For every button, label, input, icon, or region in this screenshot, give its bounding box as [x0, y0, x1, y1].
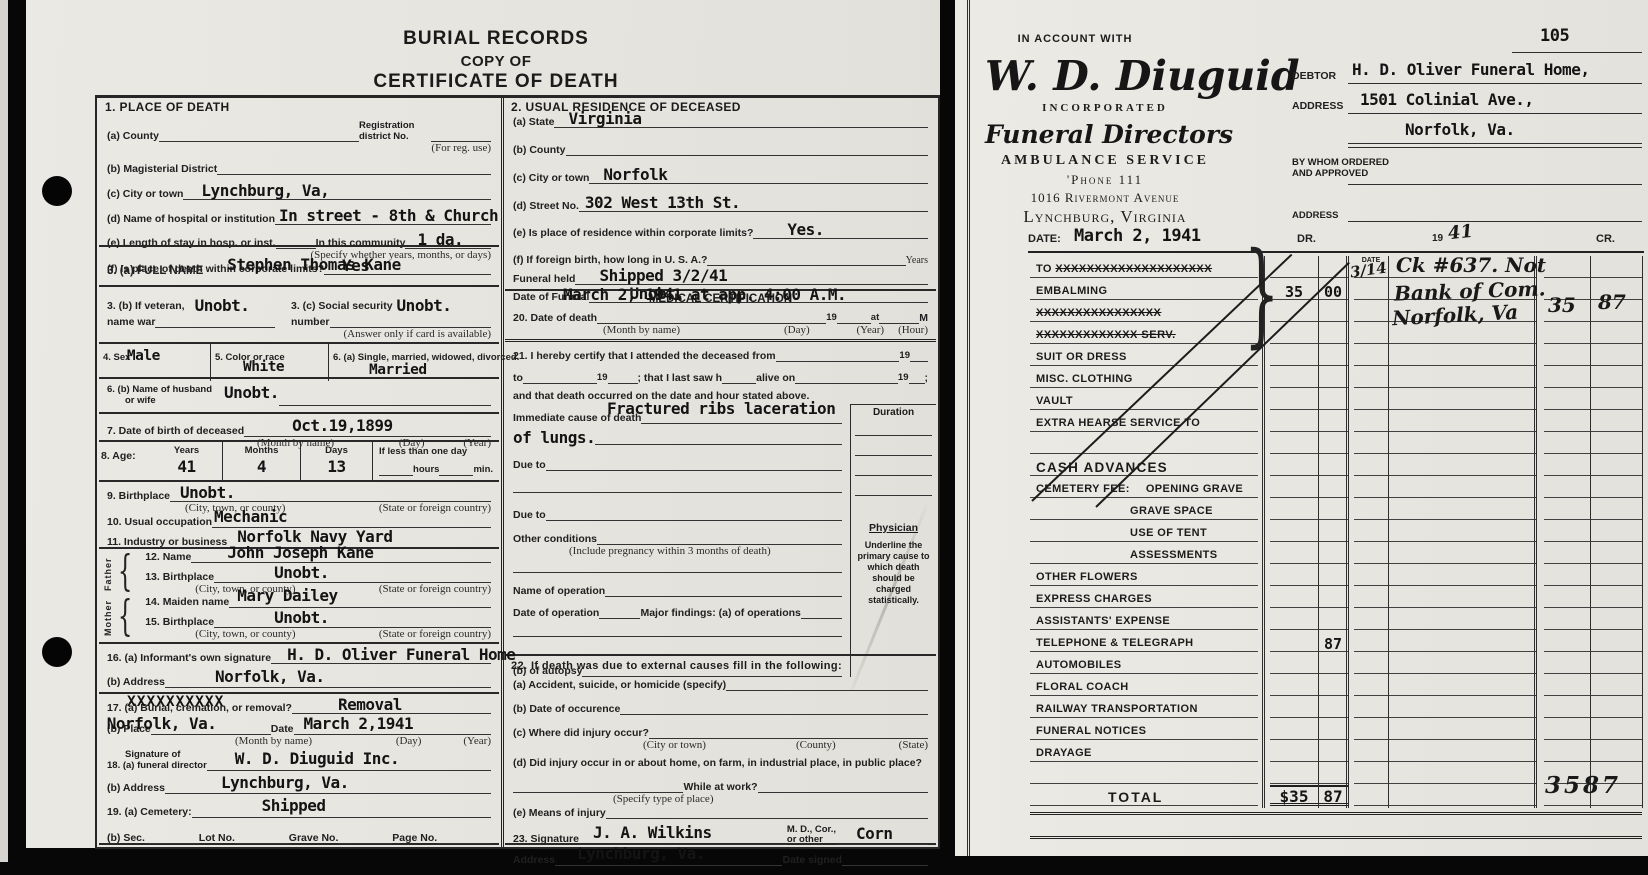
blank-line	[707, 262, 905, 266]
item-label: AUTOMOBILES	[1030, 658, 1258, 674]
rule	[1348, 83, 1642, 84]
field-label: 3. (b) If veteran,	[107, 300, 185, 312]
typed-value: March 2,1941	[304, 714, 414, 733]
typed-value: 13	[301, 457, 372, 476]
field-label: 19	[898, 372, 909, 384]
field-label: number	[291, 316, 330, 328]
typed-value: Yes.	[787, 220, 824, 239]
ledger-row: OTHER FLOWERS	[1030, 564, 1642, 586]
typed-value: Corn	[856, 824, 893, 843]
field-label: Due to	[513, 509, 546, 521]
field-label: 7. Date of birth of deceased	[107, 425, 244, 437]
field-label: 6. (b) Name of husband	[107, 384, 212, 395]
field-note: (County)	[796, 739, 836, 751]
blank-line	[155, 324, 275, 328]
typed-value: Unobt.	[195, 296, 250, 315]
grid-rule	[1388, 256, 1389, 808]
field-label: 18. (a) funeral director	[107, 760, 207, 771]
field-label: Funeral held	[513, 273, 575, 285]
blank-line	[855, 472, 932, 476]
field-label: Days	[301, 445, 372, 457]
ledger-row: AUTOMOBILES	[1030, 652, 1642, 674]
field-label: 9. Birthplace	[107, 490, 170, 502]
blank-line	[758, 789, 928, 793]
grid-rule	[1346, 256, 1349, 808]
blank-line	[546, 467, 842, 471]
company-name: W. D. Diuguid	[985, 52, 1225, 100]
field-label: Name of operation	[513, 585, 605, 597]
field-label: (b) Date of occurence	[513, 703, 620, 715]
field-label: 10. Usual occupation	[107, 516, 212, 528]
field-label: 19	[826, 312, 837, 324]
certificate-paper: BURIAL RECORDS COPY OF CERTIFICATE OF DE…	[26, 0, 940, 848]
blank-line	[523, 380, 597, 384]
field-label: alive on	[756, 372, 795, 384]
typed-value: Norfolk, Va.	[215, 667, 325, 686]
blank-line	[855, 452, 932, 456]
funeral-directors-label: Funeral Directors	[985, 120, 1225, 149]
item-label: FUNERAL NOTICES	[1030, 724, 1258, 740]
field-note: (Day)	[396, 735, 422, 747]
field-note: (For reg. use)	[431, 142, 491, 154]
blank-line	[795, 380, 898, 384]
blank-line	[608, 380, 638, 384]
field-note: Underline the primary cause to which dea…	[855, 540, 932, 606]
field-label: Due to	[513, 459, 546, 471]
rule	[505, 339, 936, 342]
field-label: (b) Sec.	[107, 832, 145, 844]
typed-value: Fractured ribs laceration	[607, 399, 835, 418]
ledger-table: TO XXXXXXXXXXXXXXXXXXXX EMBALMING 35 00 …	[1030, 256, 1642, 806]
cr-cents-handwritten: 87	[1598, 290, 1626, 314]
field-label: (a) State	[513, 116, 554, 128]
typed-value: Lynchburg, Va,	[201, 181, 329, 200]
field-label: at	[871, 312, 879, 324]
section-spouse: 6. (b) Name of husband or wife Unobt.	[99, 377, 499, 412]
field-label: 12. Name	[145, 551, 191, 563]
field-label: to	[513, 372, 523, 384]
typed-value: Removal	[338, 695, 402, 714]
blank-line	[842, 862, 928, 866]
rule	[1348, 221, 1642, 222]
blank-line	[855, 432, 932, 436]
ledger-row: EXPRESS CHARGES	[1030, 586, 1642, 608]
blank-line	[235, 840, 289, 844]
blank-line	[566, 152, 929, 156]
item-label: RAILWAY TRANSPORTATION	[1030, 702, 1258, 718]
grid-rule	[1590, 256, 1591, 808]
typed-value: H. D. Oliver Funeral Home	[287, 645, 515, 664]
typed-value: 4	[223, 457, 300, 476]
section-place-of-death: 1. PLACE OF DEATH (a) County Registratio…	[99, 97, 499, 245]
item-label: ASSISTANTS' EXPENSE	[1030, 614, 1258, 630]
field-label: Date of operation	[513, 607, 599, 619]
field-label: or other	[787, 835, 836, 845]
field-label: (c) City or town	[513, 172, 589, 184]
typed-value: Married	[369, 362, 519, 378]
field-label: (a) Accident, suicide, or homicide (spec…	[513, 679, 726, 691]
field-label: Signature of	[107, 749, 207, 760]
field-label: 20. Date of death	[513, 312, 597, 324]
typed-value: 302 West 13th St.	[585, 193, 740, 212]
blank-line	[606, 815, 928, 819]
blank-line	[776, 358, 900, 362]
field-label: (e) Is place of residence within corpora…	[513, 227, 753, 239]
typed-value: Unobt.	[274, 563, 329, 582]
field-label: hours	[413, 464, 439, 476]
field-label: ; that I last saw h	[638, 372, 723, 384]
blank-line: Yes.	[753, 235, 928, 239]
dr-cents: 87	[1318, 636, 1348, 652]
typed-value: 41	[151, 457, 222, 476]
field-note: (Year)	[463, 735, 491, 747]
address-value-line1: 1501 Colinial Ave.,	[1360, 90, 1534, 109]
blank-line: John Joseph Kane	[191, 559, 491, 563]
ledger-row: ASSISTANTS' EXPENSE	[1030, 608, 1642, 630]
section-heading: 22. If death was due to external causes …	[505, 656, 936, 673]
field-note: (Month by name)	[603, 324, 680, 336]
field-label: district No.	[359, 131, 431, 142]
field-label: (d) Did injury occur in or about home, o…	[513, 757, 922, 769]
typed-value: Shipped	[262, 796, 326, 815]
field-label: Other conditions	[513, 533, 597, 545]
typed-value: J. A. Wilkins	[593, 823, 712, 842]
field-label: Duration	[855, 407, 932, 418]
blank-line	[595, 441, 842, 445]
field-label: Date signed	[782, 854, 842, 866]
typed-value: John Joseph Kane	[227, 543, 373, 562]
section-heading: 1. PLACE OF DEATH	[99, 97, 499, 114]
field-label: 16. (a) Informant's own signature	[107, 652, 271, 664]
field-label: (b) Magisterial District	[107, 163, 217, 175]
blank-line: Lynchburg, Va.	[555, 862, 782, 866]
typed-value: Lynchburg, Va.	[577, 844, 705, 863]
ledger-row: DRAYAGE	[1030, 740, 1642, 762]
field-label: While at work?	[683, 781, 757, 793]
item-label: DRAYAGE	[1030, 746, 1258, 762]
blank-line	[879, 320, 919, 324]
brace-glyph: {	[118, 549, 133, 597]
blank-line: W. D. Diuguid Inc.	[207, 767, 491, 771]
section-informant: 16. (a) Informant's own signature H. D. …	[99, 642, 499, 692]
blank-line: Corn	[836, 841, 928, 845]
field-label: Registration	[359, 120, 431, 131]
section-residence: 2. USUAL RESIDENCE OF DECEASED (a) State…	[505, 97, 936, 289]
ledger-row: CASH ADVANCES	[1030, 454, 1642, 476]
ledger-row: VAULT	[1030, 388, 1642, 410]
blank-line	[431, 138, 491, 142]
crossed-out-item: XXXXXXXXXXXXX SERV.	[1036, 329, 1176, 341]
field-label: (e) Means of injury	[513, 807, 606, 819]
field-note: (City, town, or county)	[195, 628, 295, 640]
item-label: VAULT	[1030, 394, 1258, 410]
typed-value: of lungs.	[513, 428, 595, 447]
title-line: COPY OF	[226, 53, 766, 70]
field-note: Years	[906, 255, 928, 266]
field-note: (State or foreign country)	[379, 583, 491, 595]
blank-line	[513, 789, 683, 793]
field-label: Months	[223, 445, 300, 457]
cr-dollars-handwritten: 35	[1548, 293, 1576, 317]
item-label: MISC. CLOTHING	[1030, 372, 1258, 388]
father-side-label: Father	[103, 551, 113, 591]
street-address: 1016 Rivermont Avenue	[985, 190, 1225, 206]
blank-line	[620, 711, 928, 715]
item-label: FLORAL COACH	[1030, 680, 1258, 696]
field-label: 3. (c) Social security	[291, 300, 393, 312]
blank-line	[722, 380, 756, 384]
blank-line: Oct.19,1899	[244, 433, 491, 437]
field-label: Years	[151, 445, 222, 457]
blank-line: Unobt.	[214, 579, 491, 583]
crossed-out-item: XXXXXXXXXXXXXXXX	[1036, 307, 1161, 319]
typed-value: Lynchburg, Va.	[221, 773, 349, 792]
rule	[1512, 52, 1642, 53]
typed-value: Unobt.	[224, 383, 279, 402]
ledger-row: SUIT OR DRESS	[1030, 344, 1642, 366]
item-label: EXPRESS CHARGES	[1030, 592, 1258, 608]
field-note: (Answer only if card is available)	[343, 328, 491, 340]
item-label: ASSESSMENTS	[1030, 548, 1258, 564]
field-label: 8. Age:	[101, 450, 136, 462]
section-date-of-birth: 7. Date of birth of deceased Oct.19,1899…	[99, 412, 499, 440]
field-label: (d) Name of hospital or institution	[107, 213, 275, 225]
blank-line: Unobt.	[170, 498, 491, 502]
item-label: GRAVE SPACE	[1030, 504, 1258, 520]
field-label: (f) If foreign birth, how long in U. S. …	[513, 254, 707, 266]
field-label: (d) Street No.	[513, 200, 579, 212]
field-label: If less than one day	[379, 446, 493, 458]
blank-line	[159, 138, 359, 142]
section-age: 8. Age: Years 41 Months 4 Days 13 If les…	[99, 440, 499, 480]
blank-line: In street - 8th & Church	[275, 221, 491, 225]
item-sublabel: OPENING GRAVE	[1146, 483, 1243, 495]
item-label	[1030, 438, 1258, 454]
date-value: March 2, 1941	[1074, 226, 1201, 246]
field-label: (c) City or town	[107, 188, 183, 200]
field-label: M	[919, 312, 928, 324]
field-label: (b) Address	[107, 676, 165, 688]
blank-line: Norfolk, Va.	[151, 731, 271, 735]
mother-side-label: Mother	[103, 596, 113, 636]
field-note: (Day)	[784, 324, 810, 336]
field-label: Lot No.	[199, 832, 235, 844]
page-number: 105	[1540, 26, 1569, 46]
incorporated-label: INCORPORATED	[985, 102, 1225, 114]
blank-line	[546, 517, 842, 521]
certificate-form: 1. PLACE OF DEATH (a) County Registratio…	[95, 95, 940, 849]
blank-line: Mary Dailey	[229, 604, 491, 608]
field-note: (Hour)	[898, 324, 928, 336]
title-line: BURIAL RECORDS	[226, 28, 766, 50]
ledger-row: FLORAL COACH	[1030, 674, 1642, 696]
blank-line	[279, 402, 491, 406]
field-note: (State or foreign country)	[379, 502, 491, 514]
year-handwritten: 41	[1447, 221, 1474, 245]
blank-line: Norfolk, Va.	[165, 684, 491, 688]
field-note: (Year)	[856, 324, 884, 336]
field-label: or wife	[107, 395, 212, 406]
grid-rule	[1534, 256, 1537, 808]
blank-line: Lynchburg, Va.	[165, 790, 491, 794]
address-value-line2: Norfolk, Va.	[1405, 120, 1515, 139]
certificate-title: BURIAL RECORDS COPY OF CERTIFICATE OF DE…	[226, 28, 766, 93]
item-label: USE OF TENT	[1030, 526, 1258, 542]
field-label: 19	[899, 350, 910, 362]
ordered-by-label: BY WHOM ORDERED	[1292, 157, 1389, 168]
typed-value: Norfolk	[603, 165, 667, 184]
section-birthplace-occupation: 9. Birthplace Unobt. (City, town, or cou…	[99, 480, 499, 547]
blank-line	[910, 358, 928, 362]
duration-box: Duration Physician Underline the primary…	[850, 404, 936, 677]
blank-line	[513, 489, 842, 493]
blank-line: Shipped	[192, 814, 491, 818]
blank-line	[801, 615, 842, 619]
blank-line	[597, 541, 842, 545]
typed-value: Male	[127, 348, 160, 364]
approved-label: AND APPROVED	[1292, 168, 1389, 179]
blank-line: Unobt.	[214, 624, 491, 628]
field-label: 19	[597, 372, 608, 384]
ledger-row: FUNERAL NOTICES	[1030, 718, 1642, 740]
typed-value: Shipped 3/2/41	[599, 266, 727, 285]
blank-line	[605, 593, 842, 597]
blank-line	[641, 420, 842, 424]
blank-line	[330, 324, 491, 328]
field-label: Date	[271, 723, 294, 735]
scan-edge	[0, 0, 8, 862]
blank-line	[649, 735, 928, 739]
blank-line	[439, 472, 473, 476]
blank-line: March 2,1941	[294, 731, 491, 735]
field-note: (State or foreign country)	[379, 628, 491, 640]
phone-label: 'Phone 111	[985, 172, 1225, 188]
section-full-name: 3. (a) FULL NAME Stephen Thomas Kane	[99, 245, 499, 285]
ledger-row: ASSESSMENTS	[1030, 542, 1642, 564]
blank-line	[597, 320, 826, 324]
punch-hole-icon	[42, 176, 72, 206]
field-label: Physician	[855, 522, 932, 534]
ledger-row: MISC. CLOTHING	[1030, 366, 1642, 388]
ledger-row: GRAVE SPACE	[1030, 498, 1642, 520]
date-label: DATE:	[1028, 233, 1061, 245]
dr-column-header: DR.	[1297, 233, 1316, 245]
year-printed: 19	[1432, 233, 1443, 245]
item-label: SUIT OR DRESS	[1030, 350, 1258, 366]
blank-line	[145, 840, 199, 844]
field-note: (State)	[899, 739, 928, 751]
blank-line: Virginia	[554, 124, 928, 128]
typed-value: W. D. Diuguid Inc.	[235, 749, 399, 768]
section-external-causes: 22. If death was due to external causes …	[505, 654, 936, 845]
blank-line	[837, 320, 871, 324]
typed-value: Unobt.	[397, 296, 452, 315]
field-label: name war	[107, 316, 155, 328]
blank-line	[909, 380, 925, 384]
field-label: min.	[473, 464, 493, 476]
typed-value: Oct.19,1899	[292, 416, 392, 435]
crossed-out-item: XXXXXXXXXXXXXXXXXXXX	[1055, 263, 1212, 275]
overstrike-value: XXXXXXXXXX	[127, 694, 224, 710]
item-label: TELEPHONE & TELEGRAPH	[1030, 636, 1258, 652]
rule	[1348, 147, 1642, 148]
field-label: ;	[925, 372, 929, 384]
field-label: (b) County	[513, 144, 566, 156]
typed-value: Virginia	[568, 109, 641, 128]
bottom-rule	[1030, 812, 1642, 815]
blank-line	[726, 687, 928, 691]
field-label: Page No.	[392, 832, 437, 844]
blank-line	[379, 472, 413, 476]
field-label: Address	[513, 854, 555, 866]
field-label: 3. (a) FULL NAME	[107, 265, 203, 277]
blank-line	[513, 633, 842, 637]
bottom-rule	[1030, 836, 1642, 839]
field-note: (Specify type of place)	[613, 793, 713, 805]
ledger-row: XXXXXXXXXXXXX SERV.	[1030, 322, 1642, 344]
blank-line: 302 West 13th St.	[579, 208, 928, 212]
item-label: EMBALMING	[1030, 284, 1258, 300]
memo-line-1: Ck #637. Not	[1396, 253, 1546, 277]
blank-line	[855, 492, 932, 496]
section-sex-color-marital: 4. Sex Male 5. Color or race White 6. (a…	[99, 342, 499, 377]
typed-value: Norfolk, Va.	[107, 714, 217, 733]
ledger-margin-rule	[967, 0, 970, 856]
blank-line	[599, 615, 640, 619]
typed-value: Unobt.	[274, 608, 329, 627]
header-rule	[1028, 251, 1644, 253]
ledger-row: USE OF TENT	[1030, 520, 1642, 542]
ledger-row	[1030, 432, 1642, 454]
field-label: 23. Signature	[513, 833, 579, 845]
section-medical-certification: MEDICAL CERTIFICATION March 2, 1941 at a…	[505, 289, 936, 654]
field-label: (c) Where did injury occur?	[513, 727, 649, 739]
item-label: EXTRA HEARSE SERVICE TO	[1030, 416, 1258, 432]
field-label: Grave No.	[289, 832, 339, 844]
address-label: ADDRESS	[1292, 100, 1343, 112]
typed-value: Mary Dailey	[237, 586, 337, 605]
field-label: 19. (a) Cemetery:	[107, 806, 192, 818]
in-account-with-label: IN ACCOUNT WITH	[975, 33, 1175, 45]
blank-line	[217, 171, 491, 175]
field-note: (Month by name)	[235, 735, 312, 747]
grid-rule	[1642, 256, 1643, 808]
blank-line	[513, 569, 842, 573]
section-veteran-ssn: 3. (b) If veteran, Unobt. name war 3. (c…	[99, 285, 499, 342]
typed-value: March 2, 1941 at app. 4:00 A.M.	[563, 285, 846, 304]
total-dr-cents: 87	[1318, 787, 1348, 806]
brace-glyph: {	[118, 594, 133, 642]
field-note: (City or town)	[643, 739, 706, 751]
field-label: 14. Maiden name	[145, 596, 229, 608]
rule	[1348, 184, 1642, 185]
grid-rule	[1318, 256, 1319, 808]
total-label: TOTAL	[1030, 790, 1258, 806]
item-label	[1030, 768, 1258, 784]
address2-label: ADDRESS	[1292, 210, 1338, 222]
ledger-row: TELEPHONE & TELEGRAPH 87	[1030, 630, 1642, 652]
typed-value: Mechanic	[214, 507, 287, 526]
punch-hole-icon	[42, 637, 72, 667]
ledger-row: RAILWAY TRANSPORTATION	[1030, 696, 1642, 718]
field-label: 21. I hereby certify that I attended the…	[513, 350, 776, 362]
typed-value: In street - 8th & Church	[279, 206, 498, 225]
blank-line: Norfolk	[589, 180, 928, 184]
title-line: CERTIFICATE OF DEATH	[226, 71, 766, 93]
cr-column-header: CR.	[1596, 233, 1615, 245]
field-label: (a) County	[107, 130, 159, 142]
city-state: Lynchburg, Virginia	[985, 207, 1225, 227]
